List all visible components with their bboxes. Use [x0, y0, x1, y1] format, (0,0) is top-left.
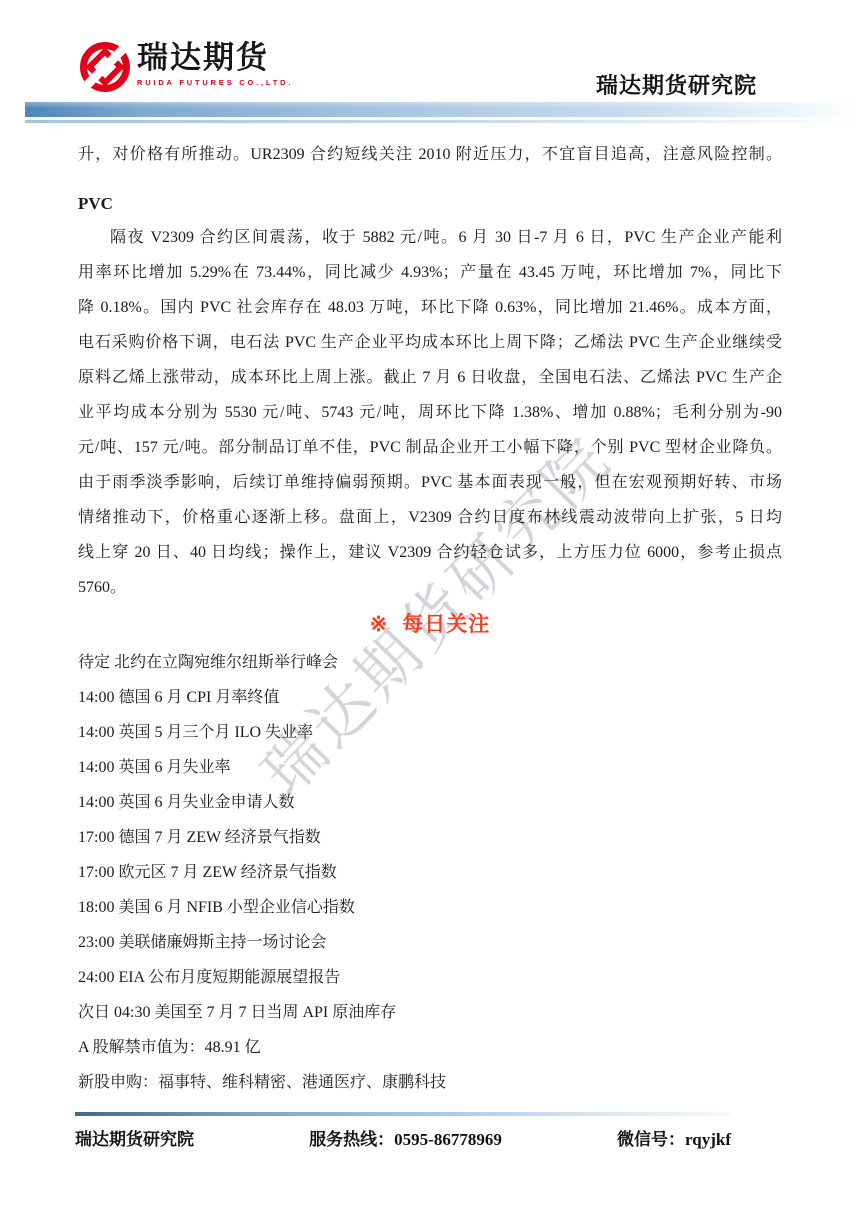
brand-name-cn: 瑞达期货 [137, 42, 293, 75]
daily-focus-item: 24:00 EIA 公布月度短期能源展望报告 [78, 960, 782, 995]
footer-institute: 瑞达期货研究院 [75, 1125, 194, 1150]
daily-focus-item: 14:00 英国 6 月失业率 [78, 750, 782, 785]
daily-focus-item: A 股解禁市值为：48.91 亿 [78, 1030, 782, 1065]
header: 瑞达期货 RUIDA FUTURES CO.,LTD. 瑞达期货研究院 [0, 0, 860, 102]
paragraph-line: 5760。 [78, 570, 782, 605]
daily-focus-item: 17:00 德国 7 月 ZEW 经济景气指数 [78, 820, 782, 855]
daily-focus-item: 次日 04:30 美国至 7 月 7 日当周 API 原油库存 [78, 995, 782, 1030]
header-divider-line [25, 120, 860, 123]
paragraph-line: 降 0.18%。国内 PVC 社会库存在 48.03 万吨，环比下降 0.63%… [78, 290, 782, 325]
institute-title: 瑞达期货研究院 [596, 69, 757, 100]
daily-focus-item: 14:00 英国 5 月三个月 ILO 失业率 [78, 715, 782, 750]
daily-focus-item: 23:00 美联储廉姆斯主持一场讨论会 [78, 925, 782, 960]
report-page: 瑞达期货研究院 瑞达期货 RUIDA FUTURES CO.,LTD. 瑞达期货… [0, 0, 860, 1217]
header-divider-bar [25, 102, 860, 117]
footer-hotline-number: 0595-86778969 [394, 1130, 502, 1149]
paragraph-line: 情绪推动下，价格重心逐渐上移。盘面上，V2309 合约日度布林线震动波带向上扩张… [78, 500, 782, 535]
paragraph-line: 电石采购价格下调，电石法 PVC 生产企业平均成本环比上周下降；乙烯法 PVC … [78, 325, 782, 360]
brand-logo: 瑞达期货 RUIDA FUTURES CO.,LTD. [78, 40, 293, 99]
daily-focus-item: 新股申购：福事特、维科精密、港通医疗、康鹏科技 [78, 1065, 782, 1100]
paragraph-line: 元/吨、157 元/吨。部分制品订单不佳，PVC 制品企业开工小幅下降，个别 P… [78, 430, 782, 465]
daily-focus-item: 待定 北约在立陶宛维尔纽斯举行峰会 [78, 645, 782, 680]
daily-focus-item: 17:00 欧元区 7 月 ZEW 经济景气指数 [78, 855, 782, 890]
reference-mark: ※ [370, 612, 389, 636]
pvc-analysis-paragraph: 隔夜 V2309 合约区间震荡，收于 5882 元/吨。6 月 30 日-7 月… [78, 220, 782, 605]
paragraph-line: 业平均成本分别为 5530 元/吨、5743 元/吨，周环比下降 1.38%、增… [78, 395, 782, 430]
intro-line: 升，对价格有所推动。UR2309 合约短线关注 2010 附近压力，不宜盲目追高… [78, 137, 782, 172]
daily-focus-title: 每日关注 [402, 612, 490, 636]
section-heading-pvc: PVC [78, 188, 782, 220]
brand-text: 瑞达期货 RUIDA FUTURES CO.,LTD. [137, 40, 293, 87]
paragraph-line: 线上穿 20 日、40 日均线；操作上，建议 V2309 合约轻仓试多，上方压力… [78, 535, 782, 570]
brand-name-en: RUIDA FUTURES CO.,LTD. [137, 78, 293, 87]
footer: 瑞达期货研究院 服务热线：0595-86778969 微信号：rqyjkf [75, 1112, 731, 1150]
paragraph-line: 隔夜 V2309 合约区间震荡，收于 5882 元/吨。6 月 30 日-7 月… [78, 220, 782, 255]
footer-wechat-id: rqyjkf [685, 1130, 731, 1149]
daily-focus-heading: ※每日关注 [78, 607, 782, 641]
footer-divider-line [75, 1112, 731, 1116]
daily-focus-list: 待定 北约在立陶宛维尔纽斯举行峰会14:00 德国 6 月 CPI 月率终值14… [78, 645, 782, 1100]
ruida-logo-icon [78, 40, 132, 99]
daily-focus-item: 14:00 英国 6 月失业金申请人数 [78, 785, 782, 820]
paragraph-line: 用率环比增加 5.29%在 73.44%，同比减少 4.93%；产量在 43.4… [78, 255, 782, 290]
daily-focus-item: 18:00 美国 6 月 NFIB 小型企业信心指数 [78, 890, 782, 925]
paragraph-line: 由于雨季淡季影响，后续订单维持偏弱预期。PVC 基本面表现一般，但在宏观预期好转… [78, 465, 782, 500]
footer-wechat: 微信号：rqyjkf [617, 1125, 731, 1150]
footer-hotline: 服务热线：0595-86778969 [309, 1125, 502, 1150]
paragraph-line: 原料乙烯上涨带动，成本环比上周上涨。截止 7 月 6 日收盘，全国电石法、乙烯法… [78, 360, 782, 395]
report-body: 升，对价格有所推动。UR2309 合约短线关注 2010 附近压力，不宜盲目追高… [78, 137, 782, 1100]
daily-focus-item: 14:00 德国 6 月 CPI 月率终值 [78, 680, 782, 715]
